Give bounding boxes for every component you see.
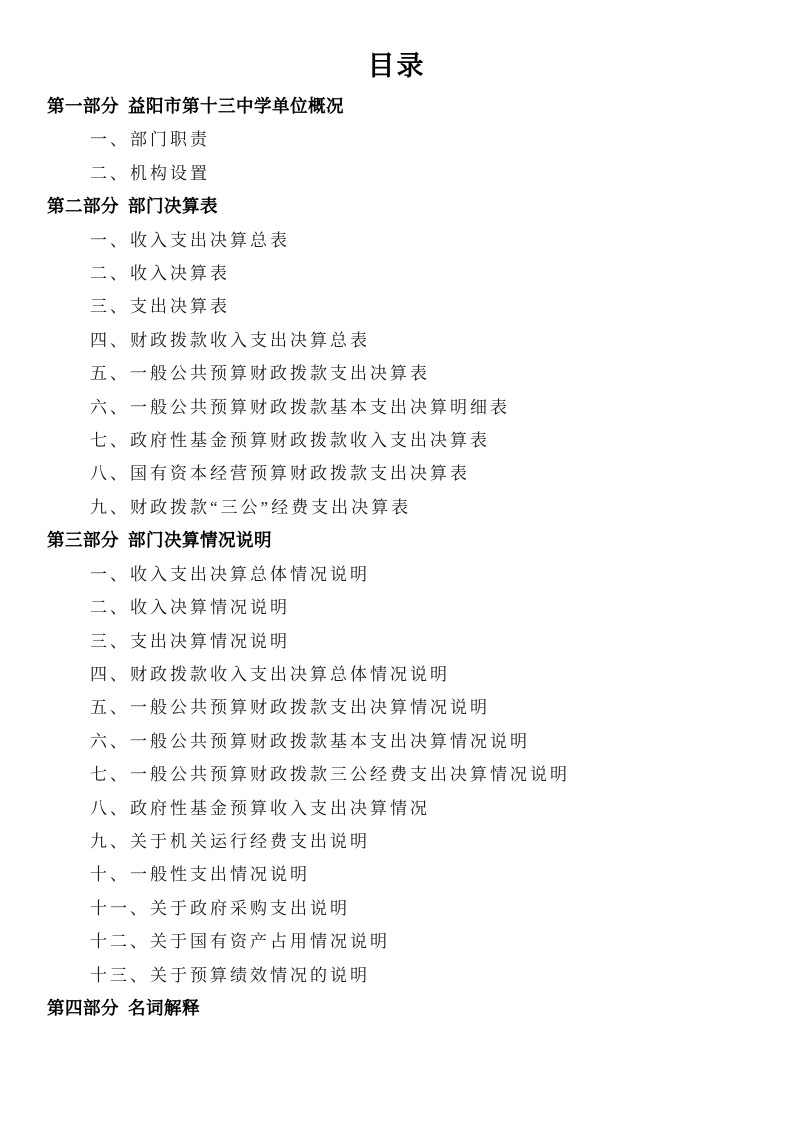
section-title: 部门决算情况说明 xyxy=(128,530,272,550)
toc-item: 一、收入支出决算总体情况说明 xyxy=(0,558,793,591)
section-label: 第一部分 xyxy=(47,96,119,116)
toc-item: 一、部门职责 xyxy=(0,123,793,156)
toc-item: 六、一般公共预算财政拨款基本支出决算情况说明 xyxy=(0,725,793,758)
section-heading: 第四部分名词解释 xyxy=(0,992,793,1025)
toc-item: 七、政府性基金预算财政拨款收入支出决算表 xyxy=(0,424,793,457)
section-title: 名词解释 xyxy=(128,998,200,1018)
toc-item: 十、一般性支出情况说明 xyxy=(0,858,793,891)
toc-item: 十二、关于国有资产占用情况说明 xyxy=(0,925,793,958)
section-label: 第四部分 xyxy=(47,998,119,1018)
section-label: 第三部分 xyxy=(47,530,119,550)
toc-item: 四、财政拨款收入支出决算总体情况说明 xyxy=(0,658,793,691)
toc-item: 二、收入决算表 xyxy=(0,257,793,290)
toc-item: 十三、关于预算绩效情况的说明 xyxy=(0,959,793,992)
toc-item: 五、一般公共预算财政拨款支出决算表 xyxy=(0,357,793,390)
section-title: 部门决算表 xyxy=(128,196,218,216)
section-title: 益阳市第十三中学单位概况 xyxy=(128,96,344,116)
section-heading: 第三部分部门决算情况说明 xyxy=(0,524,793,557)
toc-item: 四、财政拨款收入支出决算总表 xyxy=(0,324,793,357)
toc-item: 九、财政拨款“三公”经费支出决算表 xyxy=(0,491,793,524)
toc-item: 七、一般公共预算财政拨款三公经费支出决算情况说明 xyxy=(0,758,793,791)
document-page: 目录 第一部分益阳市第十三中学单位概况一、部门职责二、机构设置第二部分部门决算表… xyxy=(0,0,793,1122)
toc-item: 二、机构设置 xyxy=(0,157,793,190)
toc-item: 一、收入支出决算总表 xyxy=(0,224,793,257)
toc-item: 三、支出决算表 xyxy=(0,290,793,323)
toc-item: 九、关于机关运行经费支出说明 xyxy=(0,825,793,858)
toc-item: 八、国有资本经营预算财政拨款支出决算表 xyxy=(0,457,793,490)
table-of-contents: 第一部分益阳市第十三中学单位概况一、部门职责二、机构设置第二部分部门决算表一、收… xyxy=(0,90,793,1025)
section-heading: 第二部分部门决算表 xyxy=(0,190,793,223)
toc-item: 二、收入决算情况说明 xyxy=(0,591,793,624)
page-title: 目录 xyxy=(0,50,793,82)
toc-item: 五、一般公共预算财政拨款支出决算情况说明 xyxy=(0,691,793,724)
section-label: 第二部分 xyxy=(47,196,119,216)
section-heading: 第一部分益阳市第十三中学单位概况 xyxy=(0,90,793,123)
toc-item: 六、一般公共预算财政拨款基本支出决算明细表 xyxy=(0,391,793,424)
toc-item: 三、支出决算情况说明 xyxy=(0,625,793,658)
toc-item: 八、政府性基金预算收入支出决算情况 xyxy=(0,792,793,825)
toc-item: 十一、关于政府采购支出说明 xyxy=(0,892,793,925)
